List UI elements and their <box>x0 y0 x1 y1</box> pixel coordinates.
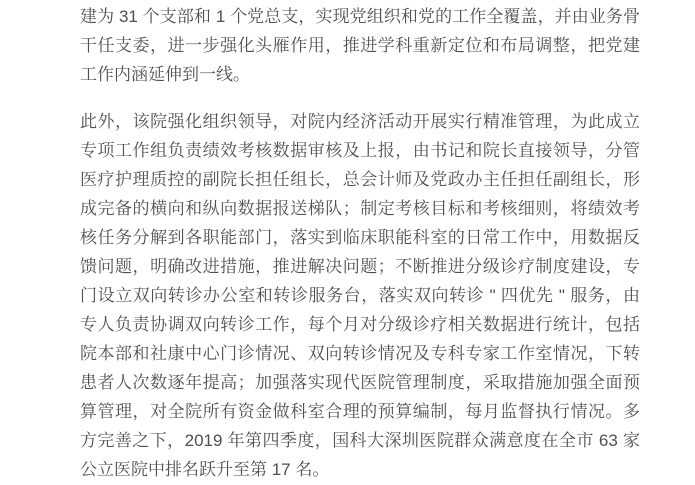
text-line: 患者人次数逐年提高；加强落实现代医院管理制度，采取措施加强全面预 <box>80 368 640 397</box>
text-line: 干任支委，进一步强化头雁作用，推进学科重新定位和布局调整，把党建 <box>80 31 640 60</box>
text-line: 院本部和社康中心门诊情况、双向转诊情况及专科专家工作室情况，下转 <box>80 339 640 368</box>
text-line: 工作内涵延伸到一线。 <box>80 60 640 89</box>
text-line: 门设立双向转诊办公室和转诊服务台，落实双向转诊 " 四优先 " 服务，由 <box>80 281 640 310</box>
article-text: 建为 31 个支部和 1 个党总支，实现党组织和党的工作全覆盖，并由业务骨干任支… <box>80 2 640 484</box>
text-line: 公立医院中排名跃升至第 17 名。 <box>80 455 640 484</box>
text-line: 此外，该院强化组织领导，对院内经济活动开展实行精准管理，为此成立 <box>80 107 640 136</box>
text-line: 建为 31 个支部和 1 个党总支，实现党组织和党的工作全覆盖，并由业务骨 <box>80 2 640 31</box>
text-line: 专项工作组负责绩效考核数据审核及上报，由书记和院长直接领导，分管 <box>80 136 640 165</box>
text-line: 医疗护理质控的副院长担任组长，总会计师及党政办主任担任副组长，形 <box>80 165 640 194</box>
article-page: { "page": { "background_color": "#ffffff… <box>0 0 695 485</box>
text-line: 算管理，对全院所有资金做科室合理的预算编制，每月监督执行情况。多 <box>80 397 640 426</box>
paragraph: 此外，该院强化组织领导，对院内经济活动开展实行精准管理，为此成立专项工作组负责绩… <box>80 107 640 484</box>
text-line: 方完善之下，2019 年第四季度，国科大深圳医院群众满意度在全市 63 家 <box>80 426 640 455</box>
text-line: 成完备的横向和纵向数据报送梯队；制定考核目标和考核细则，将绩效考 <box>80 194 640 223</box>
text-line: 专人负责协调双向转诊工作，每个月对分级诊疗相关数据进行统计，包括 <box>80 310 640 339</box>
paragraph: 建为 31 个支部和 1 个党总支，实现党组织和党的工作全覆盖，并由业务骨干任支… <box>80 2 640 89</box>
text-line: 馈问题，明确改进措施，推进解决问题；不断推进分级诊疗制度建设，专 <box>80 252 640 281</box>
text-line: 核任务分解到各职能部门，落实到临床职能科室的日常工作中，用数据反 <box>80 223 640 252</box>
